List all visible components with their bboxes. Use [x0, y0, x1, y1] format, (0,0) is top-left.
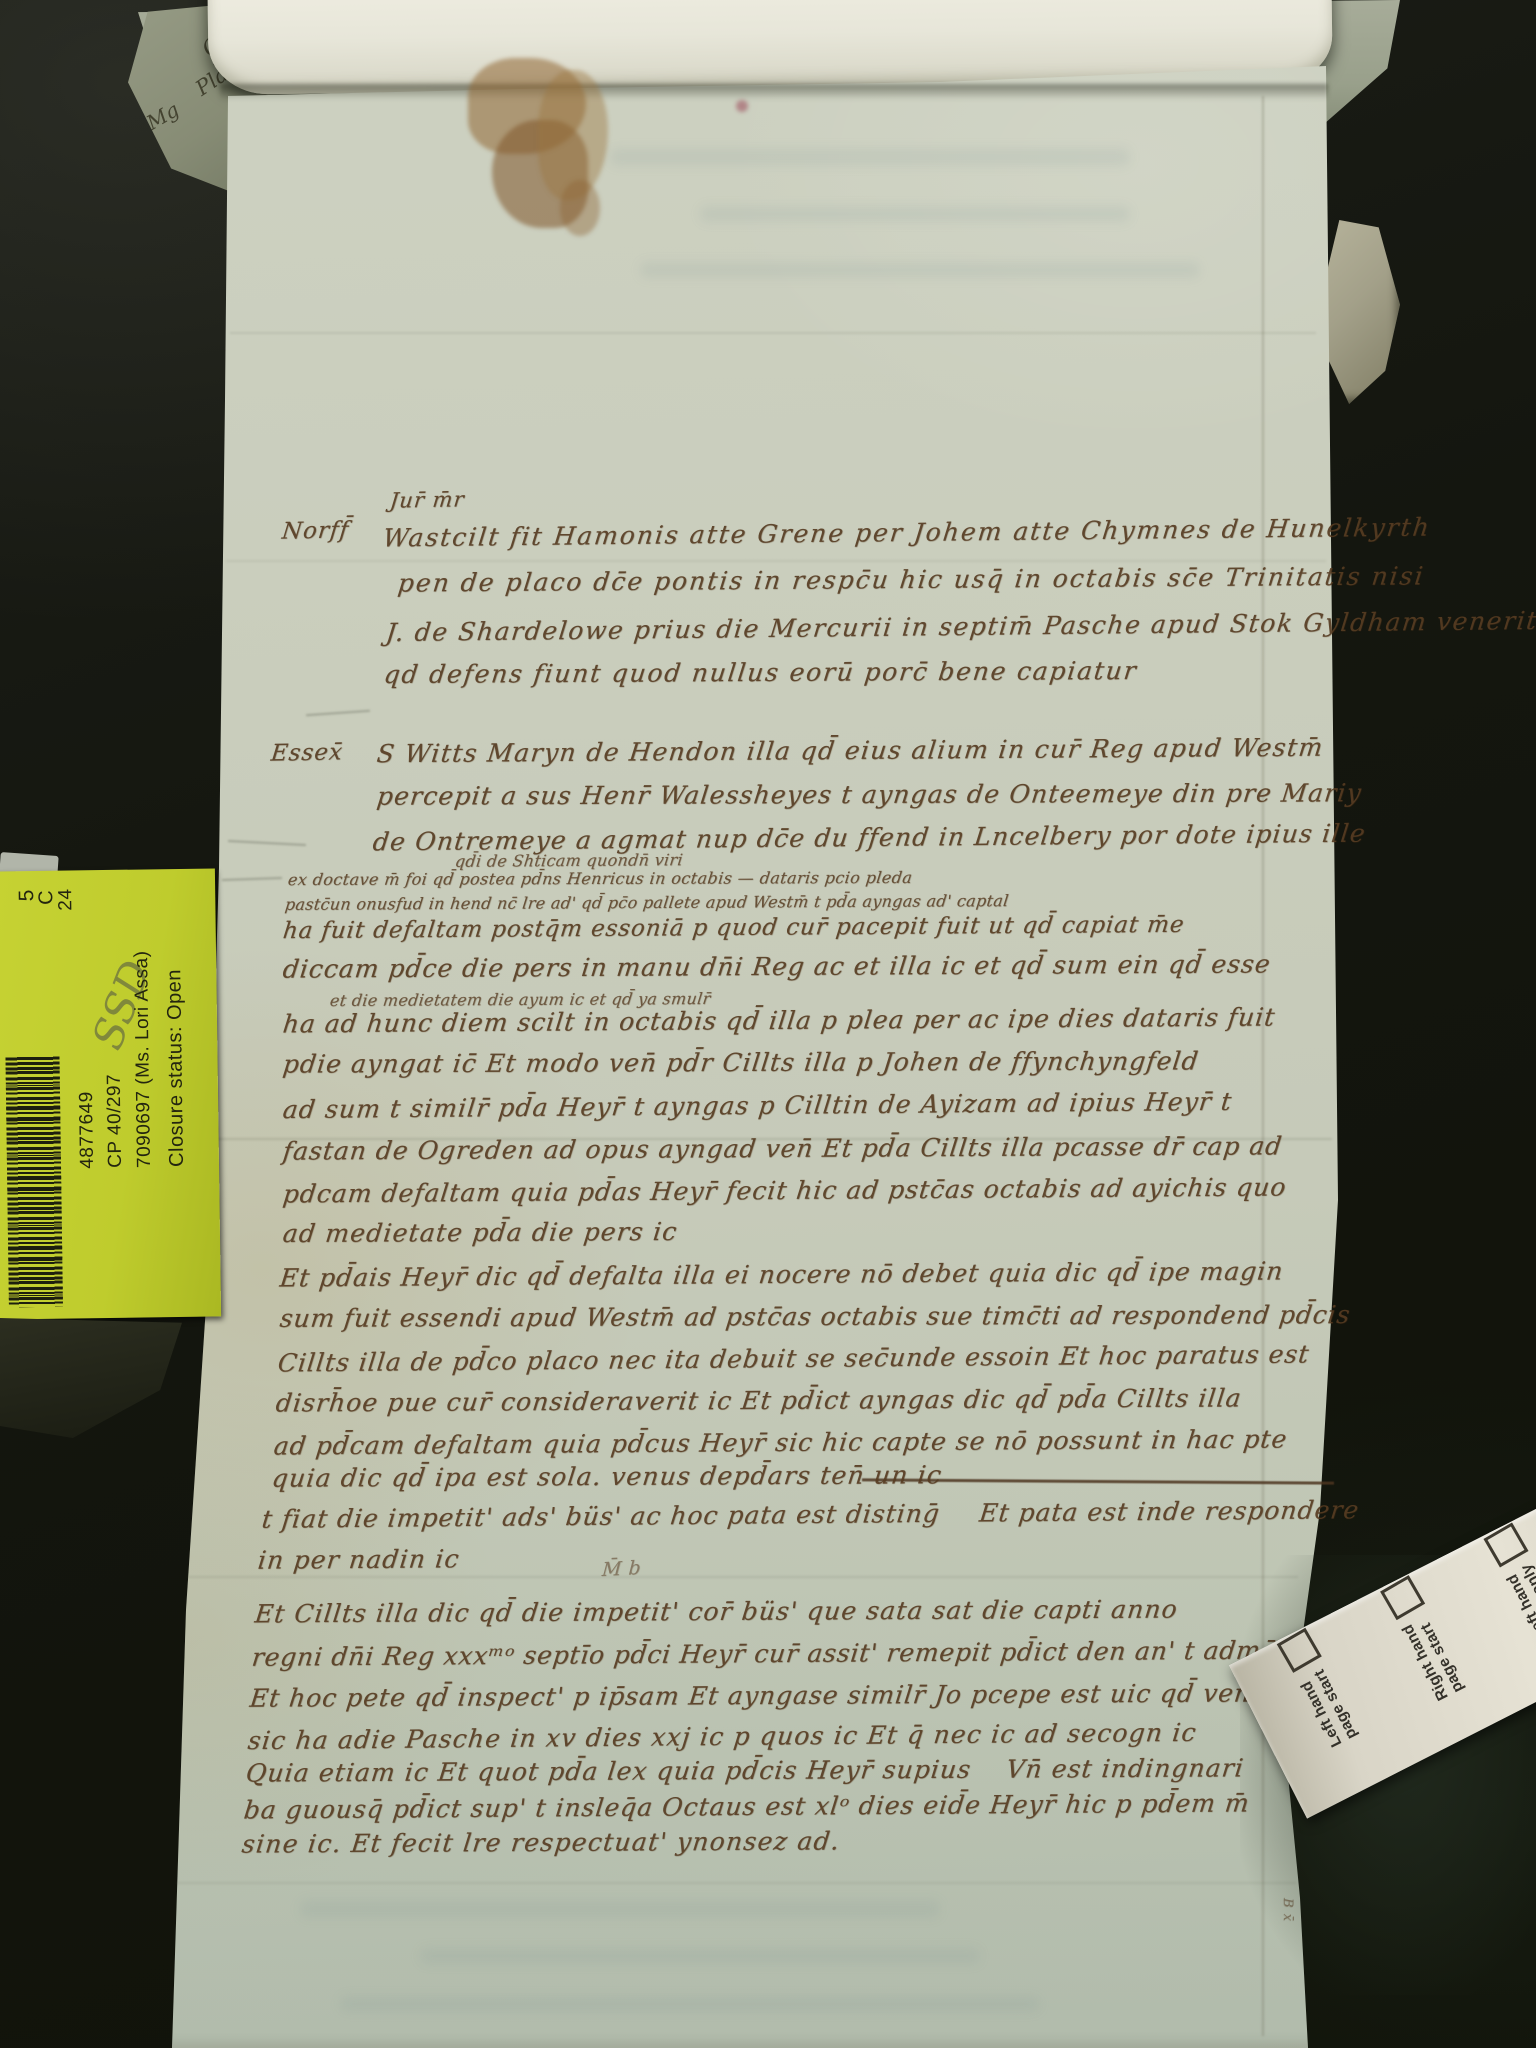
entry2-line: Cillts illa de pd̄co placo nec ita debui… — [276, 1339, 1311, 1377]
entry2-line: pdie ayngat ic̄ Et modo ven̄ pd̄r Cillts… — [281, 1046, 1200, 1078]
slip-item-label: Left hand page start — [1295, 1666, 1360, 1750]
entry2-line: quia dic qd̄ ipa est sola. venus depd̄ar… — [270, 1460, 944, 1493]
entry2-line: sic ha adie Pasche in xv dies xxj ic p q… — [246, 1718, 1198, 1755]
archive-label: 5 C 24 SSD 4877649 CP 40/297 7090697 (Ms… — [0, 868, 221, 1319]
entry2-line: ba guousq̄ pd̄ict sup' t insleq̄a Octaus… — [242, 1788, 1251, 1824]
barcode-number: 4877649 — [76, 1091, 99, 1169]
document-reference: CP 40/297 — [104, 1074, 127, 1168]
slip-item-label: Left hand page only — [1502, 1561, 1536, 1643]
entry2-line: regni dn̄i Reg xxxᵐᵒ septīo pd̄ci Heyr̄ … — [250, 1635, 1338, 1672]
slip-item-label: Right hand page start — [1399, 1614, 1468, 1704]
image-number: 7090697 (Ms. Lori Assa) — [131, 950, 156, 1168]
entry2-line: sine ic. Et fecit lre respectuat' ynonse… — [240, 1826, 842, 1858]
entry2-line: ad sum t similr̄ pd̄a Heyr̄ t ayngas p C… — [281, 1087, 1233, 1124]
entry2-line: ad medietate pd̄a die pers ic — [281, 1217, 679, 1248]
marginal-scribble: M̄ b — [601, 1557, 642, 1581]
photo-stage: C. P. Plac Mg Jur̄ m̄rNorff̄Wastcilt fit… — [0, 0, 1536, 2048]
entry2-line: in per nadin ic — [256, 1544, 461, 1574]
jur-note: Jur̄ m̄r — [389, 487, 466, 512]
entry2-line: fastan de Ogreden ad opus ayngad ven̄ Et… — [281, 1131, 1284, 1165]
entry2-line: percepit a sus Henr̄ Walessheyes t aynga… — [375, 778, 1363, 810]
entry2-line: sum fuit essendi apud Westm̄ ad pstc̄as … — [278, 1300, 1352, 1333]
entry2-interline: ex doctave m̄ foi qd̄ postea pd̄ns Henri… — [287, 868, 914, 889]
entry2-line: Et Cillts illa dic qd̄ die impetit' cor̄… — [253, 1595, 1179, 1629]
entry1-line: Wastcilt fit Hamonis atte Grene per Johe… — [381, 512, 1432, 552]
entry2-line: S Witts Maryn de Hendon illa qd̄ eius al… — [375, 733, 1325, 769]
entry2-interline: qd̄i de Shticam quondn̄ viri — [454, 850, 684, 871]
entry2-line: t fiat die impetit' ads' büs' ac hoc pa… — [260, 1495, 1361, 1534]
entry2-line: diccam pd̄ce die pers in manu dn̄i Reg a… — [281, 949, 1272, 983]
entry2-line: Et pd̄ais Heyr̄ dic qd̄ defalta illa ei … — [278, 1256, 1285, 1292]
county-essex: Essex̄ — [270, 739, 345, 766]
barcode — [5, 1057, 62, 1308]
entry1-line: J. de Shardelowe prius die Mercurii in s… — [384, 606, 1536, 647]
entry2-line: disrh̄oe pue cur̄ consideraverit ic Et p… — [274, 1383, 1243, 1417]
entry2-line: Et hoc pete qd̄ inspect' p ip̄sam Et ayn… — [248, 1678, 1294, 1712]
closure-status: Closure status: Open — [163, 969, 189, 1167]
entry2-line: pdcam defaltam quia pd̄as Heyr̄ fecit hi… — [281, 1172, 1288, 1208]
entry2-line: ha fuit defaltam postq̄m essoniā p quod… — [282, 912, 1186, 944]
county-norff: Norff̄ — [281, 517, 351, 544]
entry2-line: ad pd̄cam defaltam quia pd̄cus Heyr̄ sic… — [272, 1424, 1289, 1460]
entry1-line: qd defens fiunt quod nullus eorū porc̄ … — [382, 656, 1139, 689]
entry2-line: Quia etiam ic Et quot pd̄a lex quia pd̄c… — [244, 1753, 1245, 1787]
entry1-line: pen de placo dc̄e pontis in respc̄u hic … — [396, 561, 1426, 597]
entry2-line: ha ad hunc diem scilt in octabis qd̄ ill… — [281, 1003, 1277, 1039]
entry2-interline: pastc̄un onusfud in hend nc̄ lre ad' qd̄… — [284, 891, 1010, 914]
shelf-mark-3: 24 — [55, 888, 77, 910]
